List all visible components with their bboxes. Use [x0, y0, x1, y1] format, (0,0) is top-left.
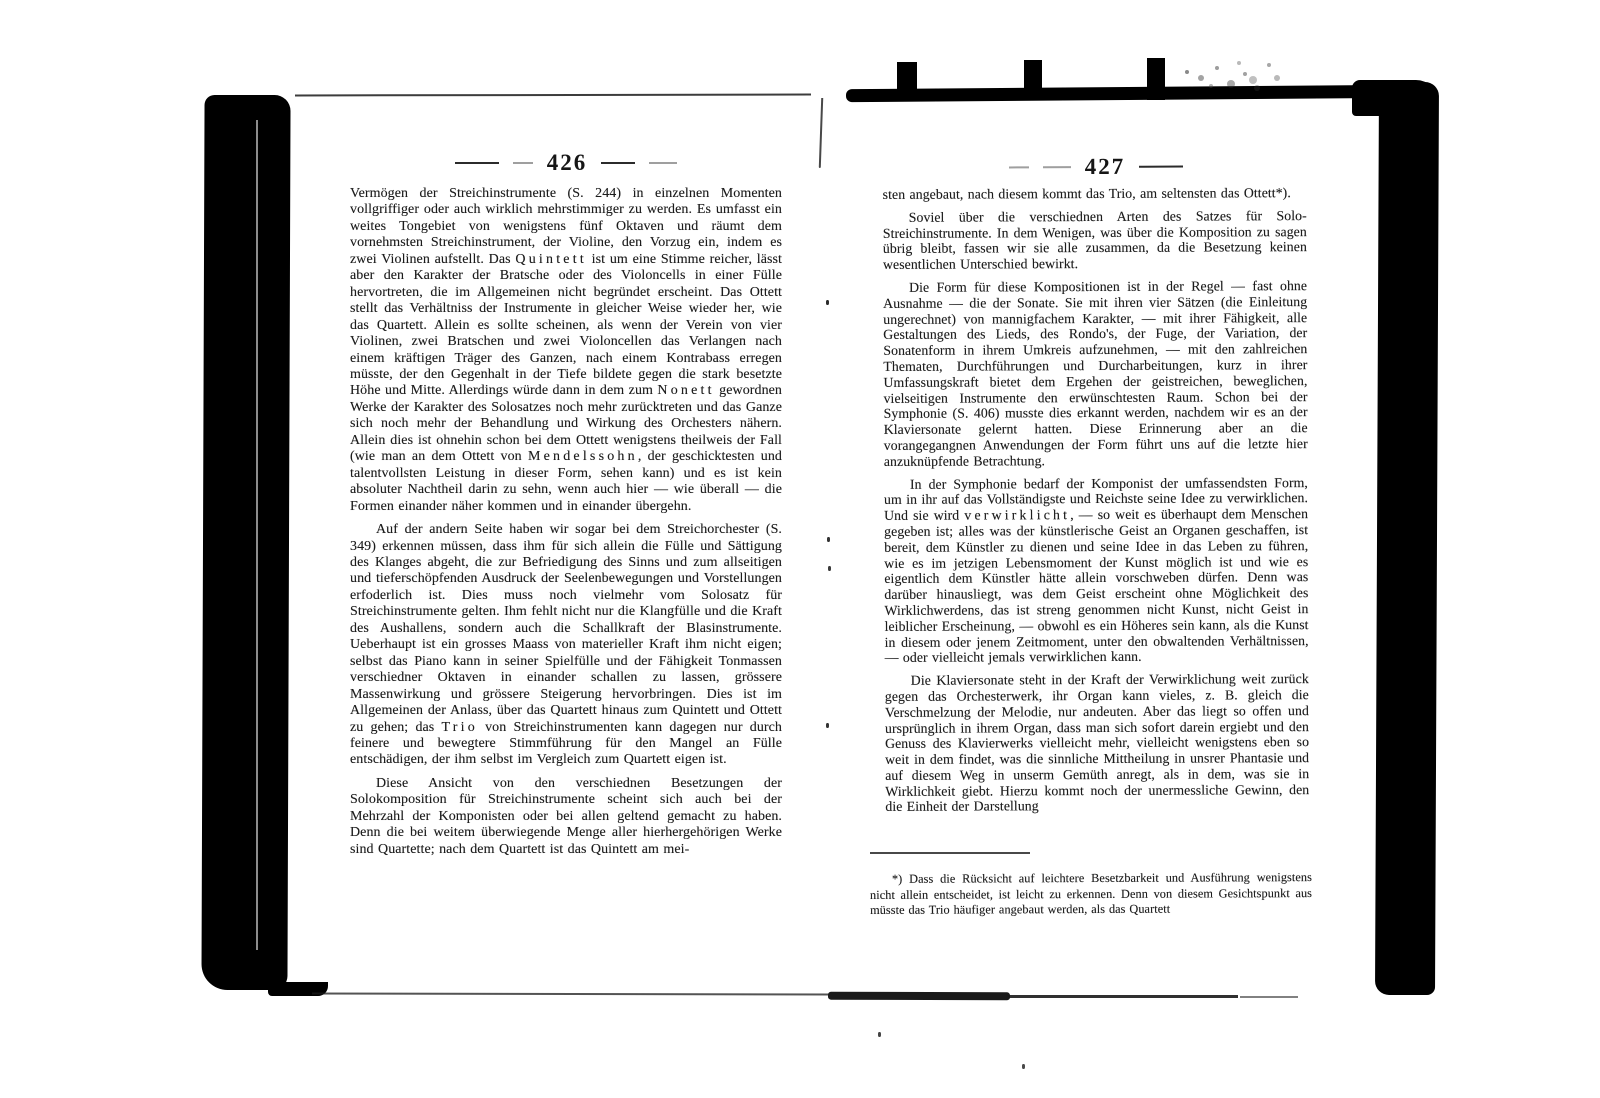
paragraph: Auf der andern Seite haben wir sogar bei… — [350, 522, 782, 769]
letterspaced-word: Quintett — [515, 252, 586, 267]
book-top-edge — [846, 85, 1404, 102]
paragraph: In der Symphonie bedarf der Komponist de… — [884, 475, 1309, 666]
page-marker-tab-2 — [1024, 60, 1042, 100]
book-edge-left — [201, 95, 290, 990]
page-top-edge-line — [295, 94, 811, 97]
paragraph: Vermögen der Streichinstrumente (S. 244)… — [350, 186, 782, 515]
header-rule — [455, 162, 499, 164]
page-bottom-edge-line-4 — [1240, 996, 1298, 998]
header-rule — [649, 162, 677, 164]
left-page-text: Vermögen der Streichinstrumente (S. 244)… — [350, 186, 782, 858]
book-edge-left-hairline — [256, 120, 258, 950]
header-rule — [1009, 166, 1029, 168]
left-page-number: 426 — [547, 150, 588, 176]
footnote-rule — [870, 852, 1030, 854]
page-marker-tab-3 — [1147, 58, 1165, 100]
book-scan: 426 Vermögen der Streichinstrumente (S. … — [0, 0, 1600, 1098]
right-page-number: 427 — [1085, 154, 1126, 180]
gutter-shadow-line — [819, 98, 823, 168]
paragraph: Soviel über die verschiednen Arten des S… — [883, 208, 1307, 273]
page-marker-tab-1 — [897, 62, 917, 100]
page-bottom-edge-line-1 — [312, 992, 832, 995]
gutter-specks — [826, 300, 829, 305]
header-rule — [1139, 166, 1183, 168]
footnote-text: *) Dass die Rücksicht auf leichtere Bese… — [870, 863, 1312, 919]
letterspaced-word: Mendelssohn — [528, 449, 638, 464]
right-page-text: sten angebaut, nach diesem kommt das Tri… — [883, 185, 1310, 815]
paragraph: *) Dass die Rücksicht auf leichtere Bese… — [870, 870, 1312, 919]
paragraph: Die Klaviersonate steht in der Kraft der… — [885, 671, 1310, 815]
header-rule — [513, 162, 533, 164]
letterspaced-word: Nonett — [657, 383, 714, 398]
scan-noise-speckle — [1185, 70, 1189, 74]
book-edge-right — [1375, 82, 1439, 995]
page-bottom-edge-line-2 — [828, 992, 1010, 1001]
letterspaced-word: verwirklicht — [964, 507, 1070, 522]
letterspaced-word: Trio — [442, 720, 478, 735]
paragraph: sten angebaut, nach diesem kommt das Tri… — [883, 185, 1307, 203]
paragraph: Die Form für diese Kompositionen ist in … — [883, 278, 1308, 469]
left-page-header: 426 — [350, 150, 782, 176]
right-page-header: 427 — [884, 153, 1308, 181]
page-bottom-edge-line-3 — [1006, 995, 1238, 998]
header-rule — [1043, 166, 1071, 168]
paragraph: Diese Ansicht von den verschiednen Beset… — [350, 776, 782, 858]
header-rule — [601, 162, 635, 164]
